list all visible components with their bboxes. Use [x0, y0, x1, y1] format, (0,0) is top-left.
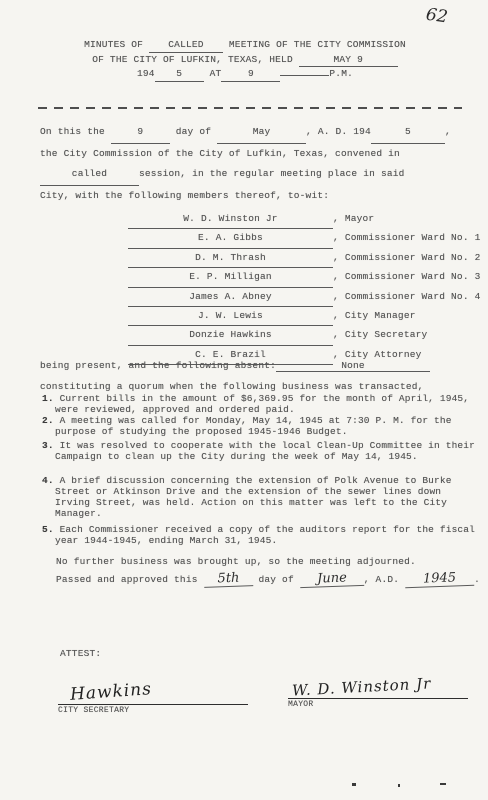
- member-name: James A. Abney: [128, 288, 333, 307]
- member-title: Commissioner Ward No. 3: [345, 271, 481, 282]
- member-row: E. P. Milligan, Commissioner Ward No. 3: [128, 268, 481, 287]
- item-number: 4.: [42, 475, 54, 486]
- adjournment-line: No further business was brought up, so t…: [56, 556, 416, 567]
- item-text: A meeting was called for Monday, May 14,…: [55, 415, 452, 437]
- item-text: A brief discussion concerning the extens…: [55, 475, 452, 519]
- member-row: J. W. Lewis, City Manager: [128, 307, 481, 326]
- city-secretary-signature-block: Hawkins CITY SECRETARY: [58, 664, 248, 715]
- member-title: Commissioner Ward No. 4: [345, 291, 481, 302]
- item-text: It was resolved to cooperate with the lo…: [55, 440, 475, 462]
- item-number: 5.: [42, 524, 54, 535]
- approved-year-fill: 1945: [405, 570, 475, 588]
- minute-item-4: 4. A brief discussion concerning the ext…: [42, 476, 481, 520]
- scan-artifact: [398, 784, 400, 787]
- year-digit-fill: 5: [155, 67, 204, 82]
- member-row: Donzie Hawkins, City Secretary: [128, 326, 481, 345]
- minute-item-2: 2. A meeting was called for Monday, May …: [42, 416, 481, 438]
- session-type-fill: called: [40, 164, 139, 186]
- passed-approved-line: Passed and approved this 5th day of June…: [56, 571, 480, 587]
- approved-month-fill: June: [299, 570, 364, 588]
- minute-item-3: 3. It was resolved to cooperate with the…: [42, 441, 481, 463]
- member-row: E. A. Gibbs, Commissioner Ward No. 1: [128, 229, 481, 248]
- item-text: Each Commissioner received a copy of the…: [55, 524, 475, 546]
- mayor-signature-block: W. D. Winston Jr MAYOR: [288, 658, 468, 709]
- city-secretary-label: CITY SECRETARY: [58, 706, 248, 715]
- absent-fill: None: [276, 360, 430, 372]
- minute-item-5: 5. Each Commissioner received a copy of …: [42, 525, 481, 547]
- meeting-date-fill: MAY 9: [299, 53, 398, 68]
- month-fill: May: [217, 122, 306, 144]
- attest-label: ATTEST:: [60, 648, 101, 659]
- title-line-3: 1945 AT9P.M.: [70, 67, 420, 82]
- mayor-label: MAYOR: [288, 700, 468, 709]
- title-line-1: MINUTES OF CALLED MEETING OF THE CITY CO…: [70, 38, 420, 53]
- member-title: Commissioner Ward No. 1: [345, 232, 481, 243]
- handwritten-page-number: 62: [425, 5, 449, 28]
- opening-line-2: the City Commission of the City of Lufki…: [40, 144, 468, 165]
- member-title: City Manager: [345, 310, 416, 321]
- minute-item-1: 1. Current bills in the amount of $6,369…: [42, 394, 481, 416]
- scan-artifact: [352, 783, 356, 786]
- blank-fill: [280, 75, 329, 76]
- hour-fill: 9: [221, 67, 280, 82]
- member-name: Donzie Hawkins: [128, 326, 333, 345]
- item-text: Current bills in the amount of $6,369.95…: [55, 393, 469, 415]
- signature-line: W. D. Winston Jr: [288, 658, 468, 699]
- member-row: W. D. Winston Jr, Mayor: [128, 210, 481, 229]
- attendance-line: being present, and the following absent:…: [40, 360, 430, 372]
- member-title: Mayor: [345, 213, 375, 224]
- member-row: James A. Abney, Commissioner Ward No. 4: [128, 288, 481, 307]
- member-name: D. M. Thrash: [128, 249, 333, 268]
- member-name: E. P. Milligan: [128, 268, 333, 287]
- item-number: 3.: [42, 440, 54, 451]
- approved-day-fill: 5th: [203, 570, 253, 588]
- scan-artifact: [440, 783, 446, 785]
- member-name: E. A. Gibbs: [128, 229, 333, 248]
- quorum-line: constituting a quorum when the following…: [40, 381, 424, 392]
- mayor-signature: W. D. Winston Jr: [292, 674, 432, 699]
- city-secretary-signature: Hawkins: [69, 679, 152, 705]
- opening-line-1: On this the 9 day of May, A. D. 1945,: [40, 122, 468, 144]
- opening-paragraph: On this the 9 day of May, A. D. 1945, th…: [40, 122, 468, 206]
- day-fill: 9: [111, 122, 170, 144]
- member-name: W. D. Winston Jr: [128, 210, 333, 229]
- member-row: D. M. Thrash, Commissioner Ward No. 2: [128, 249, 481, 268]
- opening-line-4: City, with the following members thereof…: [40, 186, 468, 207]
- member-title: Commissioner Ward No. 2: [345, 252, 481, 263]
- year-fill: 5: [371, 122, 445, 144]
- scanned-minutes-page: 62 MINUTES OF CALLED MEETING OF THE CITY…: [0, 0, 488, 800]
- dashed-separator: [38, 107, 462, 109]
- item-number: 2.: [42, 415, 54, 426]
- member-name: J. W. Lewis: [128, 307, 333, 326]
- meeting-type-fill: CALLED: [149, 38, 223, 53]
- signature-line: Hawkins: [58, 664, 248, 705]
- members-list: W. D. Winston Jr, Mayor E. A. Gibbs, Com…: [128, 210, 481, 365]
- item-number: 1.: [42, 393, 54, 404]
- title-line-2: OF THE CITY OF LUFKIN, TEXAS, HELD MAY 9: [70, 53, 420, 68]
- opening-line-3: calledsession, in the regular meeting pl…: [40, 164, 468, 186]
- member-title: City Attorney: [345, 349, 422, 360]
- member-title: City Secretary: [345, 329, 428, 340]
- minutes-title-block: MINUTES OF CALLED MEETING OF THE CITY CO…: [70, 38, 420, 82]
